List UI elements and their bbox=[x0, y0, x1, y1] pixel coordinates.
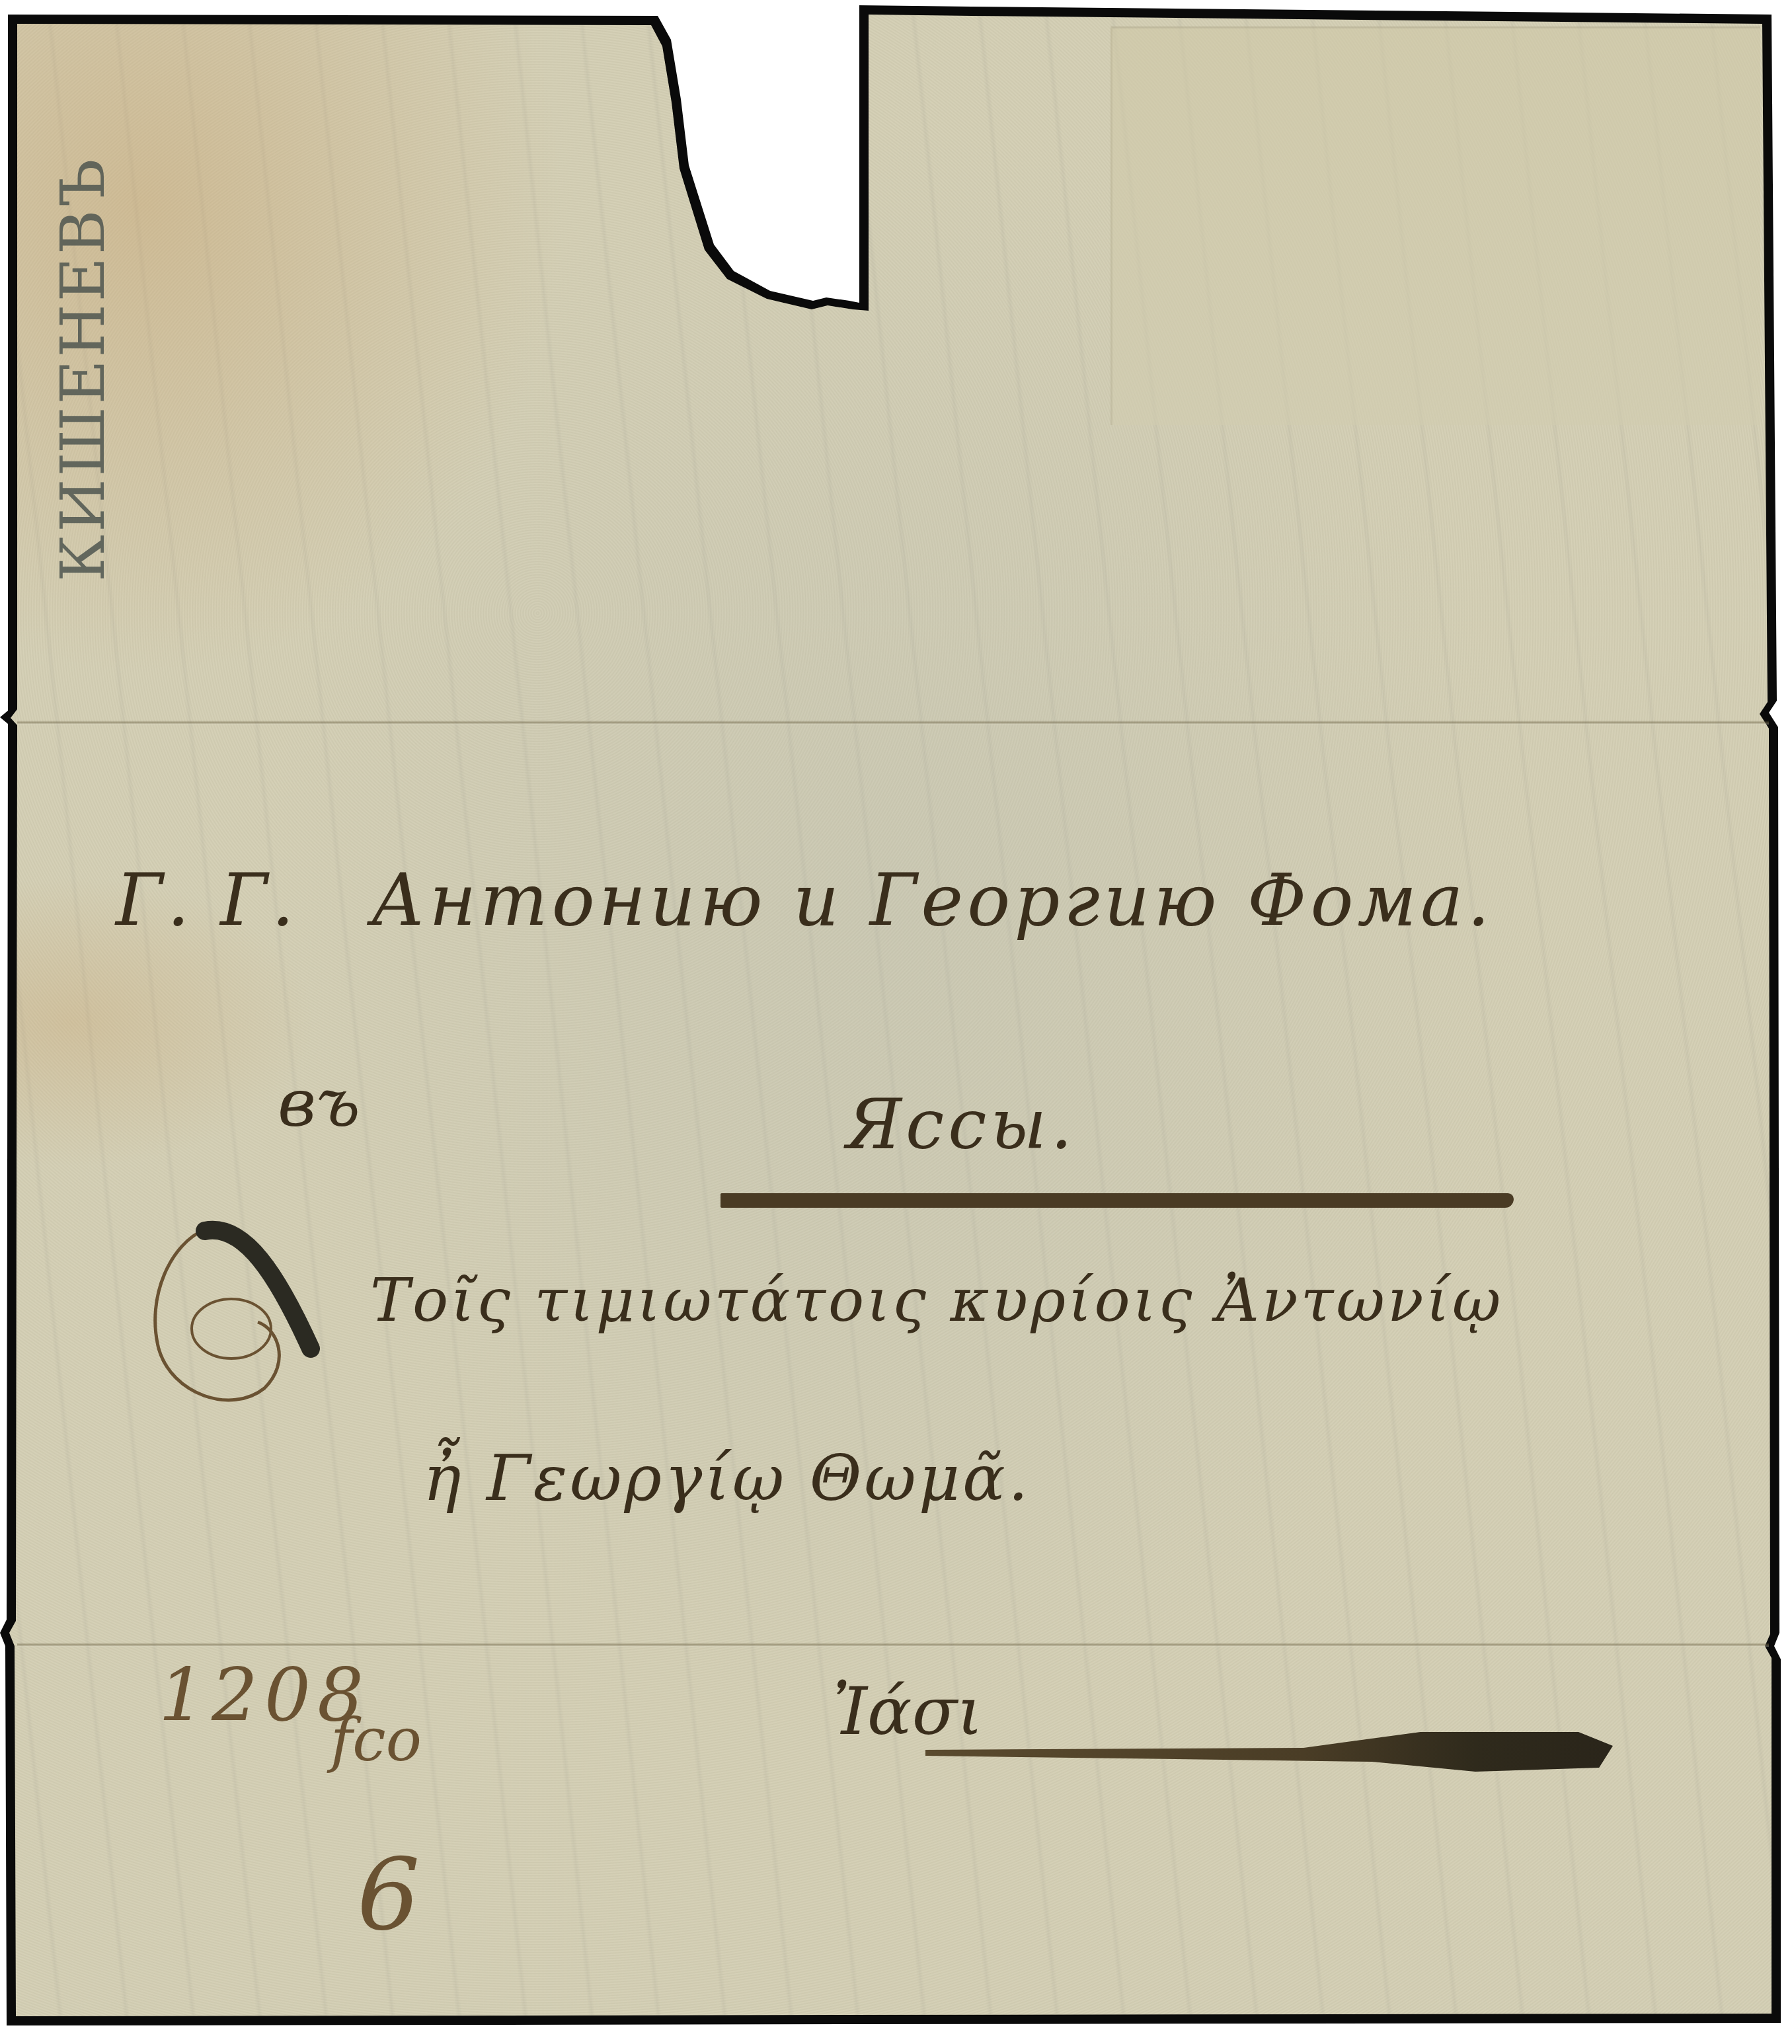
inner-flap bbox=[1110, 26, 1760, 425]
recipient-names: Антонию и Георгию Фома. bbox=[371, 859, 1493, 942]
letter-scan: КИШЕНЕВЪ Г. Г. Антонию и Георгию Фома. в… bbox=[0, 0, 1792, 2044]
flourish-initial-icon bbox=[132, 1216, 350, 1415]
rate-mark: въ bbox=[278, 1064, 360, 1142]
annotation-franco: fco bbox=[331, 1706, 422, 1775]
destination-russian: Яссы. bbox=[846, 1084, 1076, 1165]
fold-line-lower bbox=[17, 1643, 1769, 1647]
address-russian-recipients: Г. Г. Антонию и Георгию Фома. bbox=[116, 859, 1494, 942]
address-greek-line2: ἦ Γεωργίῳ Θωμᾶ. bbox=[423, 1441, 1031, 1515]
destination-greek: Ἰάσι bbox=[833, 1672, 983, 1750]
annotation-rate: 6 bbox=[357, 1838, 420, 1953]
fold-line-upper bbox=[17, 721, 1769, 725]
address-greek-line1: Τοῖς τιμιωτάτοις κυρίοις Ἀντωνίῳ bbox=[370, 1266, 1503, 1335]
postmark-kishinev: КИШЕНЕВЪ bbox=[48, 156, 118, 582]
address-prefix: Г. Г. bbox=[116, 859, 298, 942]
destination-underline bbox=[721, 1193, 1514, 1208]
